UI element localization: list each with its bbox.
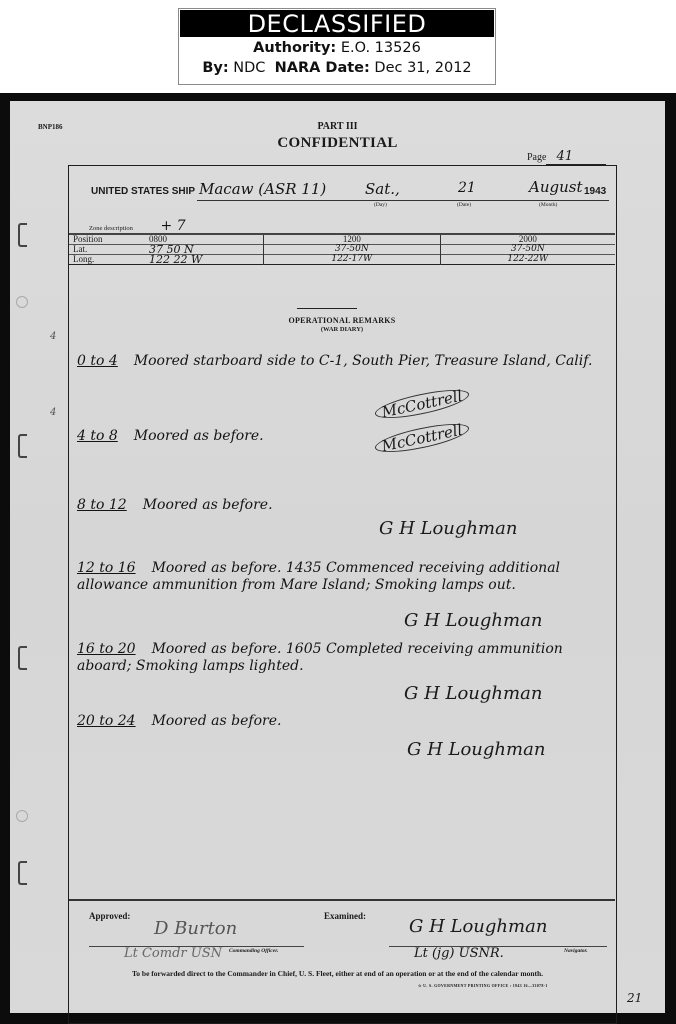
margin-mark: 4 (50, 331, 56, 342)
signature: G H Loughman (404, 610, 542, 631)
time-1200: 1200 (264, 234, 441, 245)
diary-entry: 12 to 16Moored as before. 1435 Commenced… (77, 560, 607, 594)
punch-hole-icon (16, 810, 28, 822)
day-value: Sat., (365, 180, 400, 198)
approved-label: Approved: (89, 911, 130, 921)
day-caption: (Day) (374, 202, 387, 208)
diary-entry: 0 to 4Moored starboard side to C-1, Sout… (77, 353, 607, 370)
date-value: 21 (458, 180, 476, 196)
sheet-number: 21 (627, 991, 642, 1005)
stamp-title: DECLASSIFIED (180, 10, 494, 37)
binder-clip-icon (18, 861, 27, 885)
diary-entry: 8 to 12Moored as before. (77, 497, 607, 514)
ship-header: UNITED STATES SHIP (91, 186, 195, 197)
divider (69, 899, 615, 901)
navigator-signature: G H Loughman (409, 916, 547, 937)
divider (297, 308, 357, 309)
signature: McCottrell (373, 384, 471, 424)
long-2000: 122-22W (440, 255, 615, 265)
navigator-rank: Lt (jg) USNR. (414, 946, 504, 961)
co-rank: Lt Comdr USN (124, 946, 222, 961)
declassified-stamp: DECLASSIFIED Authority: E.O. 13526 By: N… (178, 8, 496, 85)
position-table: Position 0800 1200 2000 Lat. 37 50 N 37-… (69, 233, 615, 265)
stamp-date: By: NDC NARA Date: Dec 31, 2012 (179, 58, 495, 78)
month-caption: (Month) (539, 202, 557, 208)
document-page: BNP186 PART III CONFIDENTIAL Page41 4 4 … (10, 101, 665, 1013)
diary-entry: 16 to 20Moored as before. 1605 Completed… (77, 641, 607, 675)
diary-entry: 4 to 8Moored as before. (77, 428, 607, 445)
ship-underline (197, 200, 609, 201)
remarks-subtitle: (WAR DIARY) (69, 326, 615, 333)
co-caption: Commanding Officer. (229, 948, 278, 954)
punch-hole-icon (16, 296, 28, 308)
year-value: 1943 (584, 186, 606, 197)
binder-clip-icon (18, 434, 27, 458)
binder-clip-icon (18, 223, 27, 247)
ship-name: Macaw (ASR 11) (199, 180, 326, 198)
signature: G H Loughman (407, 739, 545, 760)
long-0800: 122 22 W (145, 255, 264, 265)
signature: McCottrell (373, 418, 471, 458)
lat-1200: 37-50N (264, 245, 441, 255)
printing-office-note: ☆ U. S. GOVERNMENT PRINTING OFFICE : 194… (418, 983, 548, 988)
month-value: August (529, 178, 582, 196)
scan-background: BNP186 PART III CONFIDENTIAL Page41 4 4 … (0, 93, 676, 1024)
lat-2000: 37-50N (440, 245, 615, 255)
stamp-authority: Authority: E.O. 13526 (179, 38, 495, 58)
long-1200: 122-17W (264, 255, 441, 265)
part-heading: PART III (10, 121, 665, 132)
signature: G H Loughman (379, 518, 517, 539)
date-caption: (Date) (457, 202, 471, 208)
diary-entry: 20 to 24Moored as before. (77, 713, 607, 730)
signature: G H Loughman (404, 683, 542, 704)
margin-mark: 4 (50, 407, 56, 418)
examined-label: Examined: (324, 911, 366, 921)
binder-clip-icon (18, 646, 27, 670)
co-signature: D Burton (154, 918, 237, 939)
time-2000: 2000 (440, 234, 615, 245)
remarks-title: OPERATIONAL REMARKS (69, 316, 615, 325)
war-diary-form: UNITED STATES SHIP Macaw (ASR 11) Sat., … (68, 165, 617, 1024)
page-number-field: Page41 (527, 149, 606, 165)
navigator-caption: Navigator. (564, 948, 588, 954)
forwarding-instruction: To be forwarded direct to the Commander … (10, 969, 665, 978)
